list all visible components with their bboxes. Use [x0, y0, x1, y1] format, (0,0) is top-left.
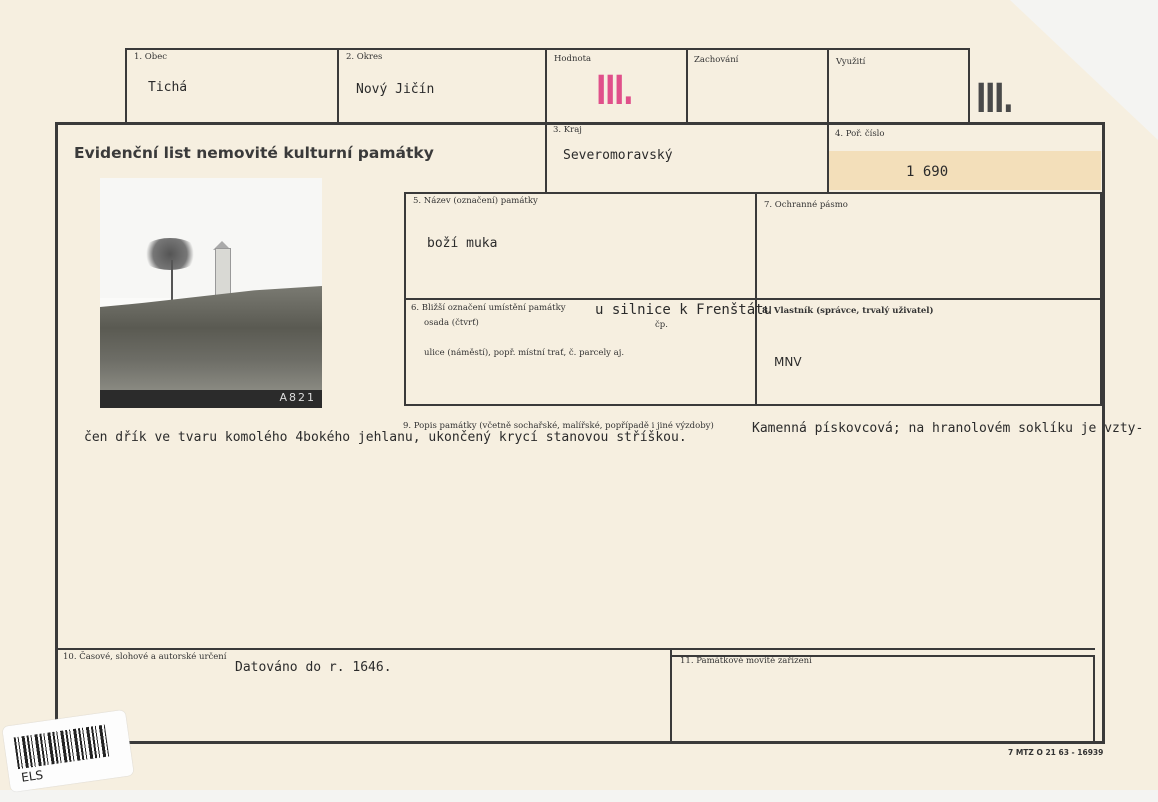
divider — [404, 298, 1100, 300]
hodnota-stamp: III. — [596, 68, 632, 114]
zachovani-label: Zachování — [694, 55, 738, 65]
side-stamp: III. — [976, 76, 1012, 122]
kraj-label: 3. Kraj — [553, 125, 582, 135]
divider — [337, 48, 339, 122]
umisteni-label: 6. Bližší označení umístění památky — [411, 303, 566, 313]
negative-number: A821 — [279, 391, 316, 404]
scan-background — [0, 790, 1158, 802]
popis-line2: čen dřík ve tvaru komolého 4bokého jehla… — [84, 430, 687, 445]
okres-value: Nový Jičín — [356, 82, 434, 97]
por-cislo-label: 4. Poř. číslo — [835, 129, 885, 139]
por-cislo-value: 1 690 — [906, 164, 948, 180]
obec-label: 1. Obec — [134, 52, 167, 62]
barcode-icon — [14, 725, 110, 769]
tree-icon — [140, 238, 200, 270]
por-cislo-highlight — [829, 151, 1101, 190]
hodnota-label: Hodnota — [554, 54, 591, 64]
casove-urceni-label: 10. Časové, slohové a autorské určení — [63, 652, 227, 662]
osada-label: osada (čtvrť) — [424, 318, 479, 328]
casove-urceni-value: Datováno do r. 1646. — [235, 660, 392, 675]
movite-zarizeni-label: 11. Památkové movité zařízení — [680, 656, 812, 666]
kraj-value: Severomoravský — [563, 148, 673, 163]
umisteni-value: u silnice k Frenštátu — [595, 302, 772, 318]
ochranne-pasmo-label: 7. Ochranné pásmo — [764, 200, 848, 210]
popis-line1: Kamenná pískovcová; na hranolovém soklík… — [752, 421, 1143, 436]
ulice-label: ulice (náměstí), popř. místní trať, č. p… — [424, 348, 624, 358]
nazev-label: 5. Název (označení) památky — [413, 196, 538, 206]
section-11-frame — [670, 655, 1095, 743]
cp-label: čp. — [655, 320, 668, 330]
obec-value: Tichá — [148, 80, 187, 95]
okres-label: 2. Okres — [346, 52, 382, 62]
vlastnik-value: MNV — [774, 355, 802, 369]
divider — [686, 48, 688, 122]
form-code: 7 MTZ O 21 63 - 16939 — [1008, 748, 1103, 757]
nazev-value: boží muka — [427, 236, 497, 251]
divider — [55, 648, 1095, 650]
vyuziti-label: Využití — [836, 57, 865, 67]
vlastnik-label: 8. Vlastník (správce, trvalý uživatel) — [762, 306, 934, 316]
barcode-label: ELS — [20, 768, 44, 785]
monument-photo: A821 — [100, 178, 322, 408]
divider — [670, 648, 672, 658]
form-title: Evidenční list nemovité kulturní památky — [74, 144, 434, 162]
